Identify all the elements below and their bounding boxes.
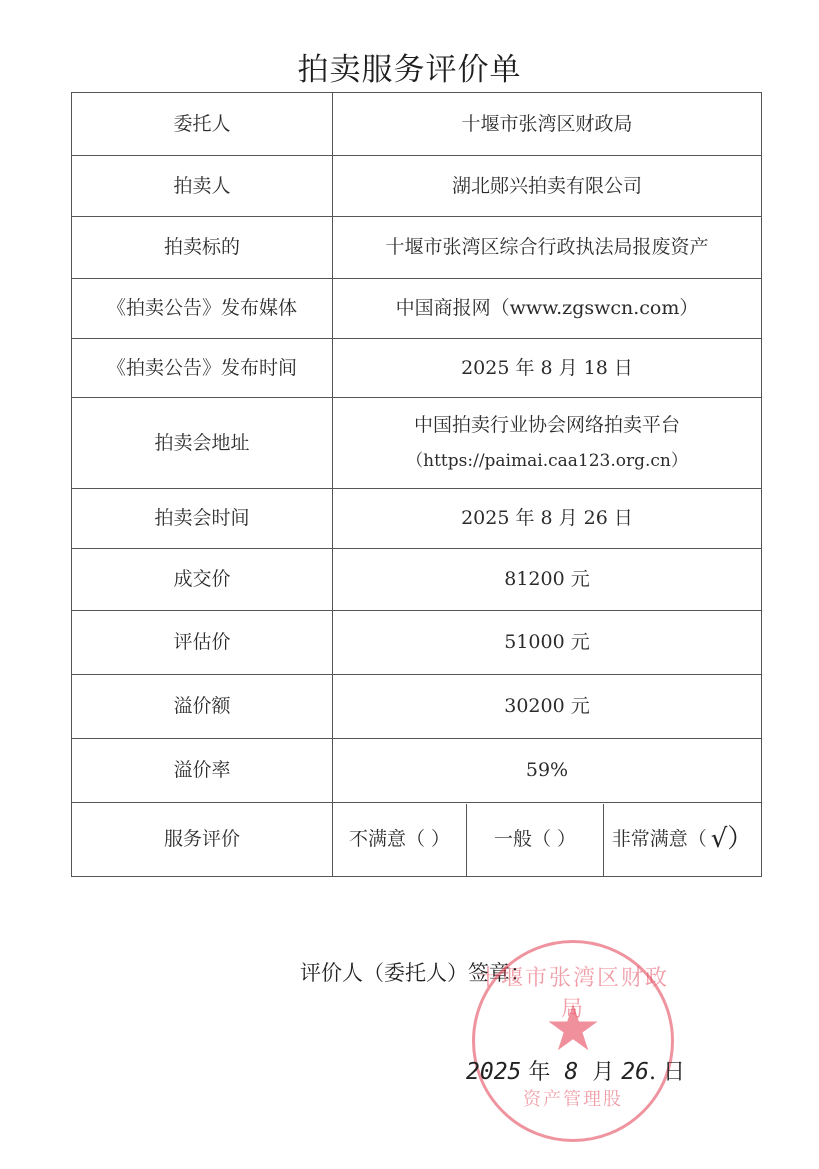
date-month-suffix: 月 [592,1060,614,1085]
row-value: 十堰市张湾区财政局 [333,93,762,156]
table-row: 《拍卖公告》发布时间 2025 年 8 月 18 日 [72,339,762,398]
rating-option-label: 不满意（ ） [349,828,450,851]
rating-option-label: 一般（ ） [494,828,576,851]
table-row: 评估价 51000 元 [72,611,762,675]
row-label: 委托人 [72,93,333,156]
row-label: 成交价 [72,549,333,611]
table-row: 拍卖会时间 2025 年 8 月 26 日 [72,489,762,549]
date-day: 26 [621,1059,649,1085]
table-row: 拍卖会地址 中国拍卖行业协会网络拍卖平台 （https://paimai.caa… [72,398,762,489]
date-year-suffix: 年 [528,1060,550,1085]
row-value: 湖北郧兴拍卖有限公司 [333,156,762,217]
date-day-suffix: 日 [663,1060,685,1085]
row-label: 拍卖标的 [72,217,333,279]
rating-option-dissatisfied[interactable]: 不满意（ ） [333,804,467,876]
address-platform-name: 中国拍卖行业协会网络拍卖平台 [333,414,761,437]
row-value: 30200 元 [333,675,762,739]
rating-options: 不满意（ ） 一般（ ） 非常满意（ √） [333,803,762,877]
rating-label: 服务评价 [72,803,333,877]
rating-option-very-satisfied[interactable]: 非常满意（ √） [604,804,761,876]
address-url: （https://paimai.caa123.org.cn） [333,451,761,471]
signature-label: 评价人（委托人）签章： [300,957,531,987]
seal-text-bottom: 资产管理股 [475,1085,671,1111]
signature-date: 2025 年 8 月 26. 日 [466,1055,685,1086]
row-value: 中国商报网（www.zgswcn.com） [333,279,762,339]
table-row: 溢价率 59% [72,739,762,803]
row-label: 拍卖会地址 [72,398,333,489]
evaluation-table: 委托人 十堰市张湾区财政局 拍卖人 湖北郧兴拍卖有限公司 拍卖标的 十堰市张湾区… [71,92,762,877]
row-value: 59% [333,739,762,803]
table-row: 溢价额 30200 元 [72,675,762,739]
rating-option-label: 非常满意（ [612,828,707,851]
row-value: 十堰市张湾区综合行政执法局报废资产 [333,217,762,279]
table-row: 《拍卖公告》发布媒体 中国商报网（www.zgswcn.com） [72,279,762,339]
row-label: 溢价额 [72,675,333,739]
row-value: 2025 年 8 月 26 日 [333,489,762,549]
row-label: 拍卖人 [72,156,333,217]
rating-option-average[interactable]: 一般（ ） [467,804,604,876]
row-label: 评估价 [72,611,333,675]
row-value: 2025 年 8 月 18 日 [333,339,762,398]
row-value: 中国拍卖行业协会网络拍卖平台 （https://paimai.caa123.or… [333,398,762,489]
date-year: 2025 [466,1059,521,1085]
table-row: 委托人 十堰市张湾区财政局 [72,93,762,156]
table-row: 拍卖人 湖北郧兴拍卖有限公司 [72,156,762,217]
row-value: 81200 元 [333,549,762,611]
row-label: 溢价率 [72,739,333,803]
table-row: 拍卖标的 十堰市张湾区综合行政执法局报废资产 [72,217,762,279]
row-label: 《拍卖公告》发布媒体 [72,279,333,339]
row-label: 拍卖会时间 [72,489,333,549]
rating-row: 服务评价 不满意（ ） 一般（ ） 非常满意（ √） [72,803,762,877]
row-label: 《拍卖公告》发布时间 [72,339,333,398]
table-row: 成交价 81200 元 [72,549,762,611]
checkmark-icon: √） [711,824,754,855]
document-title: 拍卖服务评价单 [0,44,819,89]
row-value: 51000 元 [333,611,762,675]
date-month: 8 [564,1059,578,1085]
